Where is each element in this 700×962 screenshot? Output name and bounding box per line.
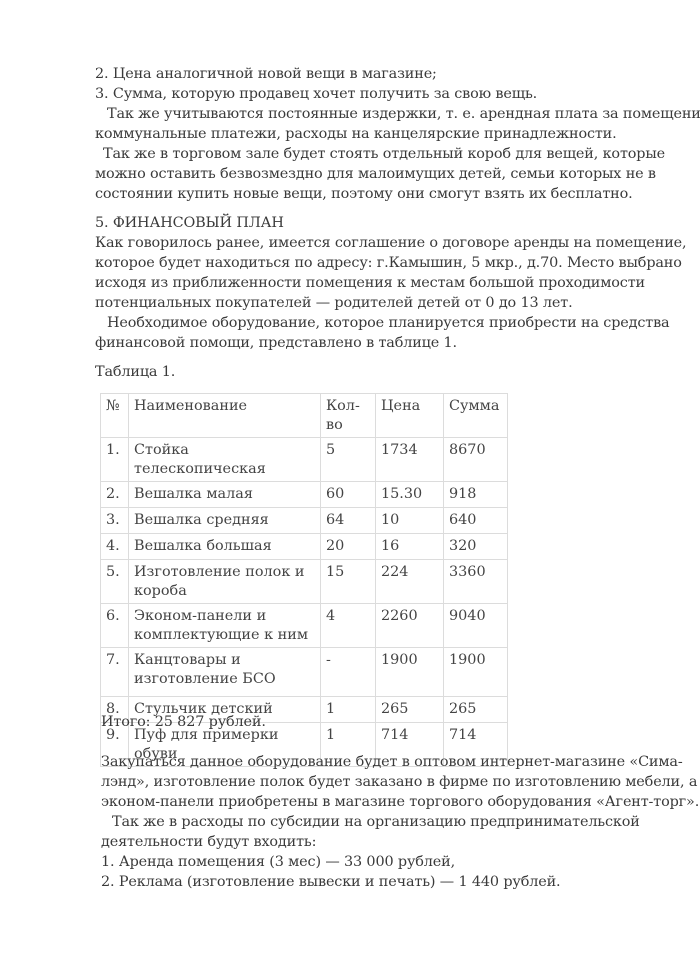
paragraph-rent-line: которое будет находиться по адресу: г.Ка…	[95, 253, 682, 273]
cell-sum: 918	[444, 482, 508, 508]
paragraph-equipment-line: Необходимое оборудование, которое планир…	[107, 313, 669, 333]
cell-price: 16	[376, 534, 444, 560]
cell-number: 2.	[101, 482, 129, 508]
cell-price: 224	[376, 560, 444, 604]
table-row: 6. Эконом-панели и комплектующие к ним 4…	[101, 604, 508, 648]
table-row: 1. Стойка телескопическая 5 1734 8670	[101, 438, 508, 482]
cell-price: 265	[376, 697, 444, 723]
cell-price: 15.30	[376, 482, 444, 508]
cell-price: 1734	[376, 438, 444, 482]
cell-sum: 1900	[444, 648, 508, 697]
cell-quantity: 4	[321, 604, 376, 648]
header-price: Цена	[376, 394, 444, 438]
cell-quantity: 1	[321, 697, 376, 723]
cell-number: 7.	[101, 648, 129, 697]
cell-sum: 8670	[444, 438, 508, 482]
paragraph-box-line: Так же в торговом зале будет стоять отде…	[103, 144, 665, 164]
cell-name: Эконом-панели и комплектующие к ним	[129, 604, 321, 648]
cell-price: 2260	[376, 604, 444, 648]
total-line: Итого: 25 827 рублей.	[101, 712, 266, 732]
document-page: 2. Цена аналогичной новой вещи в магазин…	[0, 0, 700, 962]
paragraph-equipment-line: финансовой помощи, представлено в таблиц…	[95, 333, 457, 353]
cell-quantity: 64	[321, 508, 376, 534]
header-number: №	[101, 394, 129, 438]
cell-number: 6.	[101, 604, 129, 648]
table-row: 5. Изготовление полок и короба 15 224 33…	[101, 560, 508, 604]
table-row: 2. Вешалка малая 60 15.30 918	[101, 482, 508, 508]
cell-price: 1900	[376, 648, 444, 697]
paragraph-rent-line: Как говорилось ранее, имеется соглашение…	[95, 233, 686, 253]
section-heading: 5. ФИНАНСОВЫЙ ПЛАН	[95, 213, 284, 233]
cell-quantity: 60	[321, 482, 376, 508]
header-name: Наименование	[129, 394, 321, 438]
paragraph-purchase-line: Закупаться данное оборудование будет в о…	[101, 752, 683, 772]
header-quantity: Кол-во	[321, 394, 376, 438]
equipment-table: № Наименование Кол-во Цена Сумма 1. Стой…	[100, 393, 508, 767]
cell-sum: 9040	[444, 604, 508, 648]
paragraph-box-line: состоянии купить новые вещи, поэтому они…	[95, 184, 633, 204]
subsidy-item-advertising: 2. Реклама (изготовление вывески и печат…	[101, 872, 560, 892]
cell-sum: 320	[444, 534, 508, 560]
paragraph-subsidy-line: деятельности будут входить:	[101, 832, 316, 852]
header-sum: Сумма	[444, 394, 508, 438]
cell-name: Вешалка большая	[129, 534, 321, 560]
cell-quantity: 20	[321, 534, 376, 560]
cell-name: Вешалка средняя	[129, 508, 321, 534]
table-caption: Таблица 1.	[95, 362, 175, 382]
cell-name: Вешалка малая	[129, 482, 321, 508]
cell-number: 3.	[101, 508, 129, 534]
subsidy-item-rent: 1. Аренда помещения (3 мес) — 33 000 руб…	[101, 852, 455, 872]
cell-sum: 3360	[444, 560, 508, 604]
cell-quantity: 15	[321, 560, 376, 604]
paragraph-purchase-line: эконом-панели приобретены в магазине тор…	[101, 792, 699, 812]
cell-sum: 640	[444, 508, 508, 534]
cell-number: 1.	[101, 438, 129, 482]
table-row: 4. Вешалка большая 20 16 320	[101, 534, 508, 560]
cell-number: 5.	[101, 560, 129, 604]
cell-quantity: 5	[321, 438, 376, 482]
list-item-seller-sum: 3. Сумма, которую продавец хочет получит…	[95, 84, 537, 104]
paragraph-purchase-line: лэнд», изготовление полок будет заказано…	[101, 772, 697, 792]
paragraph-rent-line: исходя из приближенности помещения к мес…	[95, 273, 645, 293]
table-row: 3. Вешалка средняя 64 10 640	[101, 508, 508, 534]
cell-quantity: -	[321, 648, 376, 697]
paragraph-box-line: можно оставить безвозмездно для малоимущ…	[95, 164, 656, 184]
paragraph-costs-line: Так же учитываются постоянные издержки, …	[107, 104, 700, 124]
paragraph-subsidy-line: Так же в расходы по субсидии на организа…	[112, 812, 640, 832]
table-row: 7. Канцтовары и изготовление БСО - 1900 …	[101, 648, 508, 697]
cell-sum: 265	[444, 697, 508, 723]
cell-name: Стойка телескопическая	[129, 438, 321, 482]
table-header-row: № Наименование Кол-во Цена Сумма	[101, 394, 508, 438]
paragraph-costs-line: коммунальные платежи, расходы на канцеля…	[95, 124, 617, 144]
cell-price: 10	[376, 508, 444, 534]
cell-name: Канцтовары и изготовление БСО	[129, 648, 321, 697]
cell-name: Изготовление полок и короба	[129, 560, 321, 604]
scan-speck	[591, 130, 594, 132]
paragraph-rent-line: потенциальных покупателей — родителей де…	[95, 293, 573, 313]
list-item-price-new: 2. Цена аналогичной новой вещи в магазин…	[95, 64, 437, 84]
cell-number: 4.	[101, 534, 129, 560]
